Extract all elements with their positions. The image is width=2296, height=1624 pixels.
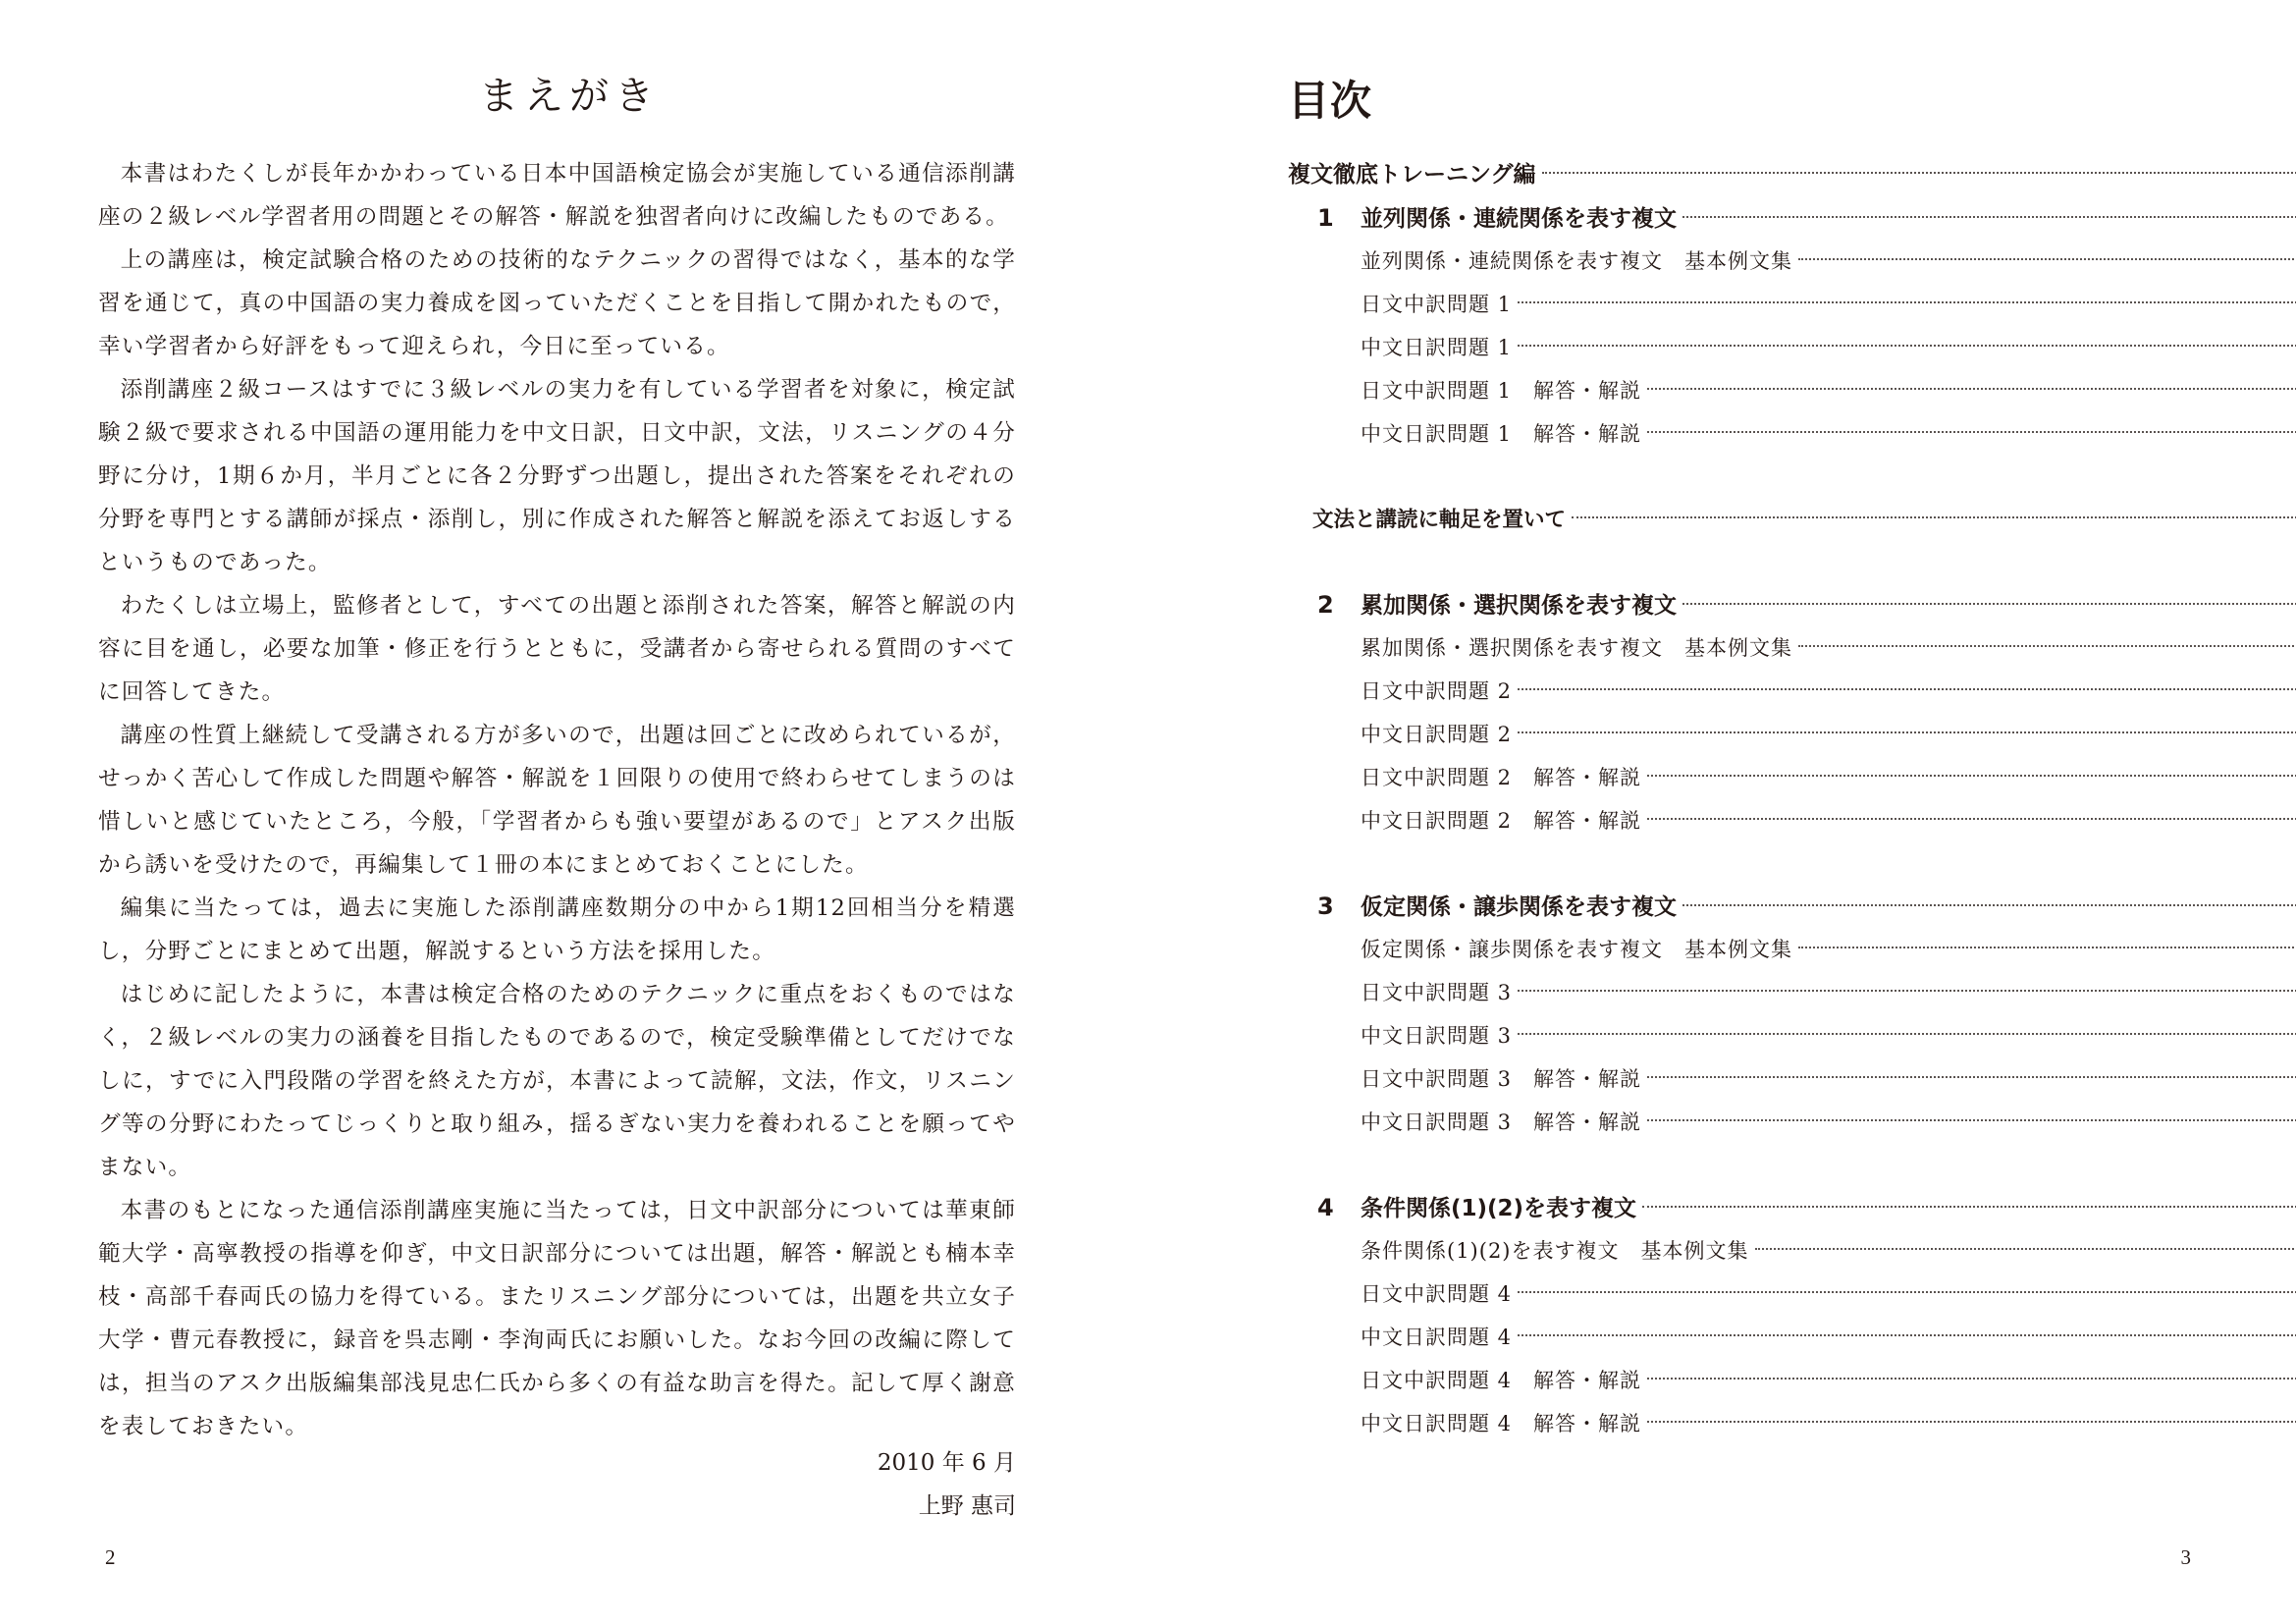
dot-leader — [1647, 818, 2296, 820]
toc-entry-label: 日文中訳問題 1 解答・解説 — [1361, 369, 1641, 412]
dot-leader — [1518, 990, 2296, 992]
chapter-number: 4 — [1317, 1186, 1361, 1229]
toc-page: 目次 複文徹底トレーニング編 5 1 並列関係・連続関係を表す複文 7 並列関係… — [1148, 0, 2296, 1624]
toc-chapter-entry[interactable]: 3 仮定関係・譲歩関係を表す複文 37 — [1288, 885, 2296, 928]
toc-chapter-entry[interactable]: 1 並列関係・連続関係を表す複文 7 — [1288, 196, 2296, 240]
toc-sub-entry[interactable]: 中文日訳問題 2 27 — [1288, 713, 2296, 756]
chapter-number: 2 — [1317, 583, 1361, 626]
toc-entry-label: 中文日訳問題 4 — [1361, 1316, 1512, 1359]
toc-entry-label: 中文日訳問題 2 解答・解説 — [1361, 799, 1641, 842]
dot-leader — [1755, 1248, 2296, 1250]
toc-sub-entry[interactable]: 仮定関係・譲歩関係を表す複文 基本例文集 38 — [1288, 928, 2296, 971]
toc-chapter-entry[interactable]: 4 条件関係(1)(2)を表す複文 51 — [1288, 1186, 2296, 1229]
preface-paragraph: 編集に当たっては，過去に実施した添削講座数期分の中から1期12回相当分を精選し，… — [98, 887, 1016, 973]
toc-entry-label: 中文日訳問題 1 解答・解説 — [1361, 412, 1641, 456]
preface-paragraph: 講座の性質上継続して受講される方が多いので，出題は回ごとに改められているが，せっ… — [98, 714, 1016, 887]
toc-sub-entry[interactable]: 日文中訳問題 1 10 — [1288, 283, 2296, 326]
chapter-number: 1 — [1317, 196, 1361, 240]
page-number-left: 2 — [105, 1545, 116, 1570]
toc-entry-label: 中文日訳問題 1 — [1361, 326, 1512, 369]
dot-leader — [1647, 1421, 2296, 1423]
dot-leader — [1518, 1334, 2296, 1336]
dot-leader — [1798, 645, 2296, 647]
preface-paragraph: 上の講座は，検定試験合格のための技術的なテクニックの習得ではなく，基本的な学習を… — [98, 239, 1016, 368]
toc-entry-label: 累加関係・選択関係を表す複文 — [1361, 584, 1677, 627]
toc-entry-label: 日文中訳問題 1 — [1361, 283, 1512, 326]
toc-entry-label: 並列関係・連続関係を表す複文 — [1361, 197, 1677, 241]
toc-sub-entry[interactable]: 中文日訳問題 1 11 — [1288, 326, 2296, 369]
toc-sub-entry[interactable]: 日文中訳問題 2 解答・解説 28 — [1288, 756, 2296, 799]
toc-sub-entry[interactable]: 中文日訳問題 3 41 — [1288, 1014, 2296, 1057]
toc-sub-entry[interactable]: 累加関係・選択関係を表す複文 基本例文集 24 — [1288, 626, 2296, 670]
toc-sub-entry[interactable]: 日文中訳問題 3 解答・解説 42 — [1288, 1057, 2296, 1101]
dot-leader — [1647, 775, 2296, 777]
toc-entry-label: 中文日訳問題 4 解答・解説 — [1361, 1402, 1641, 1445]
toc-title: 目次 — [1288, 69, 1372, 128]
toc-sub-entry[interactable]: 日文中訳問題 4 解答・解説 56 — [1288, 1359, 2296, 1402]
toc-part-entry[interactable]: 複文徹底トレーニング編 5 — [1288, 153, 2296, 196]
toc-entry-label: 日文中訳問題 3 解答・解説 — [1361, 1057, 1641, 1101]
toc-entry-label: 複文徹底トレーニング編 — [1288, 153, 1536, 196]
toc-spacer — [1288, 1144, 2296, 1186]
signature-author: 上野 惠司 — [878, 1485, 1016, 1528]
dot-leader — [1798, 258, 2296, 260]
toc-spacer — [1288, 456, 2296, 498]
dot-leader — [1647, 431, 2296, 433]
toc-sub-entry[interactable]: 並列関係・連続関係を表す複文 基本例文集 8 — [1288, 240, 2296, 283]
toc-sub-entry[interactable]: 条件関係(1)(2)を表す複文 基本例文集 52 — [1288, 1229, 2296, 1272]
dot-leader — [1798, 947, 2296, 948]
toc-sub-entry[interactable]: 中文日訳問題 1 解答・解説 19 — [1288, 412, 2296, 456]
dot-leader — [1647, 1378, 2296, 1380]
toc-entry-label: 中文日訳問題 3 解答・解説 — [1361, 1101, 1641, 1144]
toc-entry-label: 日文中訳問題 4 解答・解説 — [1361, 1359, 1641, 1402]
toc-entry-label: 日文中訳問題 2 — [1361, 670, 1512, 713]
dot-leader — [1647, 388, 2296, 390]
toc-spacer — [1288, 842, 2296, 885]
preface-page: まえがき 本書はわたくしが長年かかわっている日本中国語検定協会が実施している通信… — [0, 0, 1148, 1624]
signature-date: 2010 年 6 月 — [878, 1441, 1016, 1485]
toc-entry-label: 仮定関係・譲歩関係を表す複文 — [1361, 886, 1677, 929]
toc-chapter-entry[interactable]: 2 累加関係・選択関係を表す複文 23 — [1288, 583, 2296, 626]
preface-paragraph: わたくしは立場上，監修者として，すべての出題と添削された答案，解答と解説の内容に… — [98, 584, 1016, 714]
signature-block: 2010 年 6 月 上野 惠司 — [878, 1441, 1016, 1528]
dot-leader — [1518, 688, 2296, 690]
toc-essay-entry[interactable]: 文法と講読に軸足を置いて 22 — [1288, 498, 2296, 541]
toc-sub-entry[interactable]: 日文中訳問題 4 54 — [1288, 1272, 2296, 1316]
dot-leader — [1682, 216, 2296, 218]
toc-spacer — [1288, 541, 2296, 583]
dot-leader — [1518, 731, 2296, 733]
preface-paragraph: はじめに記したように，本書は検定合格のためのテクニックに重点をおくものではなく，… — [98, 973, 1016, 1189]
toc-entry-label: 仮定関係・譲歩関係を表す複文 基本例文集 — [1361, 928, 1792, 971]
preface-paragraph: 添削講座２級コースはすでに３級レベルの実力を有している学習者を対象に，検定試験２… — [98, 368, 1016, 584]
toc-entry-label: 並列関係・連続関係を表す複文 基本例文集 — [1361, 240, 1792, 283]
preface-body: 本書はわたくしが長年かかわっている日本中国語検定協会が実施している通信添削講座の… — [98, 152, 1016, 1448]
toc-entry-label: 日文中訳問題 3 — [1361, 971, 1512, 1014]
toc-entry-label: 累加関係・選択関係を表す複文 基本例文集 — [1361, 626, 1792, 670]
dot-leader — [1518, 345, 2296, 347]
table-of-contents: 複文徹底トレーニング編 5 1 並列関係・連続関係を表す複文 7 並列関係・連続… — [1288, 153, 2296, 1445]
toc-entry-label: 中文日訳問題 3 — [1361, 1014, 1512, 1057]
dot-leader — [1642, 1206, 2296, 1208]
toc-sub-entry[interactable]: 日文中訳問題 1 解答・解説 12 — [1288, 369, 2296, 412]
toc-sub-entry[interactable]: 日文中訳問題 2 26 — [1288, 670, 2296, 713]
preface-paragraph: 本書はわたくしが長年かかわっている日本中国語検定協会が実施している通信添削講座の… — [98, 152, 1016, 239]
dot-leader — [1542, 172, 2296, 174]
toc-sub-entry[interactable]: 日文中訳問題 3 40 — [1288, 971, 2296, 1014]
dot-leader — [1518, 1033, 2296, 1035]
dot-leader — [1682, 904, 2296, 906]
toc-entry-label: 文法と講読に軸足を置いて — [1312, 499, 1566, 542]
toc-entry-label: 条件関係(1)(2)を表す複文 — [1361, 1187, 1636, 1230]
dot-leader — [1518, 1291, 2296, 1293]
preface-paragraph: 本書のもとになった通信添削講座実施に当たっては，日文中訳部分については華東師範大… — [98, 1189, 1016, 1448]
toc-entry-label: 条件関係(1)(2)を表す複文 基本例文集 — [1361, 1229, 1749, 1272]
dot-leader — [1518, 301, 2296, 303]
preface-title: まえがき — [294, 65, 844, 121]
dot-leader — [1647, 1119, 2296, 1121]
toc-entry-label: 中文日訳問題 2 — [1361, 713, 1512, 756]
toc-sub-entry[interactable]: 中文日訳問題 2 解答・解説 34 — [1288, 799, 2296, 842]
toc-sub-entry[interactable]: 中文日訳問題 4 解答・解説 62 — [1288, 1402, 2296, 1445]
dot-leader — [1572, 516, 2296, 518]
dot-leader — [1647, 1076, 2296, 1078]
dot-leader — [1682, 603, 2296, 605]
toc-entry-label: 日文中訳問題 4 — [1361, 1272, 1512, 1316]
toc-sub-entry[interactable]: 中文日訳問題 3 解答・解説 48 — [1288, 1101, 2296, 1144]
toc-sub-entry[interactable]: 中文日訳問題 4 55 — [1288, 1316, 2296, 1359]
toc-entry-label: 日文中訳問題 2 解答・解説 — [1361, 756, 1641, 799]
chapter-number: 3 — [1317, 885, 1361, 928]
page-number-right: 3 — [2181, 1545, 2192, 1570]
